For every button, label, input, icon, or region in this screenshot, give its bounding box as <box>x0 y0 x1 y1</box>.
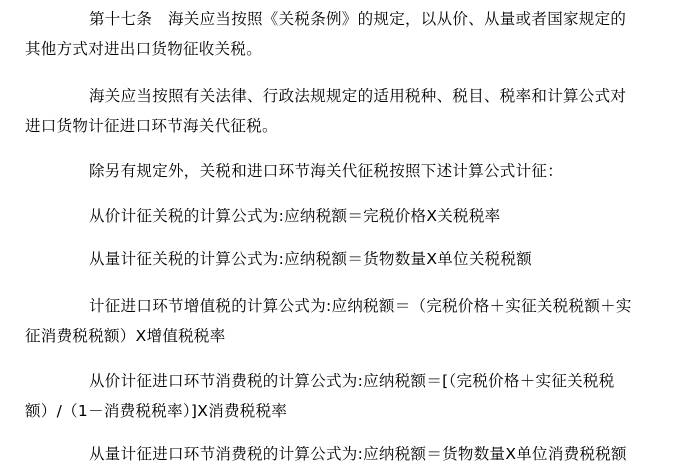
formula-specific-customs: 从量计征关税的计算公式为:应纳税额＝货物数量X单位关税税额 <box>89 249 532 269</box>
paragraph-2-line-2: 进口货物计征进口环节海关代征税。 <box>25 116 278 136</box>
formula-ad-valorem-customs: 从价计征关税的计算公式为:应纳税额＝完税价格X关税税率 <box>89 206 500 226</box>
paragraph-2-line-1: 海关应当按照有关法律、行政法规规定的适用税种、税目、税率和计算公式对 <box>89 86 626 106</box>
paragraph-1-line-2: 其他方式对进出口货物征收关税。 <box>25 39 262 59</box>
formula-vat-line-2: 征消费税税额）X增值税税率 <box>25 326 226 346</box>
paragraph-1-line-1: 第十七条 海关应当按照《关税条例》的规定，以从价、从量或者国家规定的 <box>89 9 626 29</box>
formula-specific-consumption: 从量计征进口环节消费税的计算公式为:应纳税额＝货物数量X单位消费税税额 <box>89 444 627 464</box>
paragraph-3-line-1: 除另有规定外，关税和进口环节海关代征税按照下述计算公式计征： <box>89 161 563 181</box>
formula-ad-valorem-consumption-line-2: 额）/（1－消费税税率）]X消费税税率 <box>25 401 287 421</box>
formula-vat-line-1: 计征进口环节增值税的计算公式为:应纳税额＝（完税价格＋实征关税税额＋实 <box>89 296 632 316</box>
formula-ad-valorem-consumption-line-1: 从价计征进口环节消费税的计算公式为:应纳税额＝[（完税价格＋实征关税税 <box>89 371 615 391</box>
